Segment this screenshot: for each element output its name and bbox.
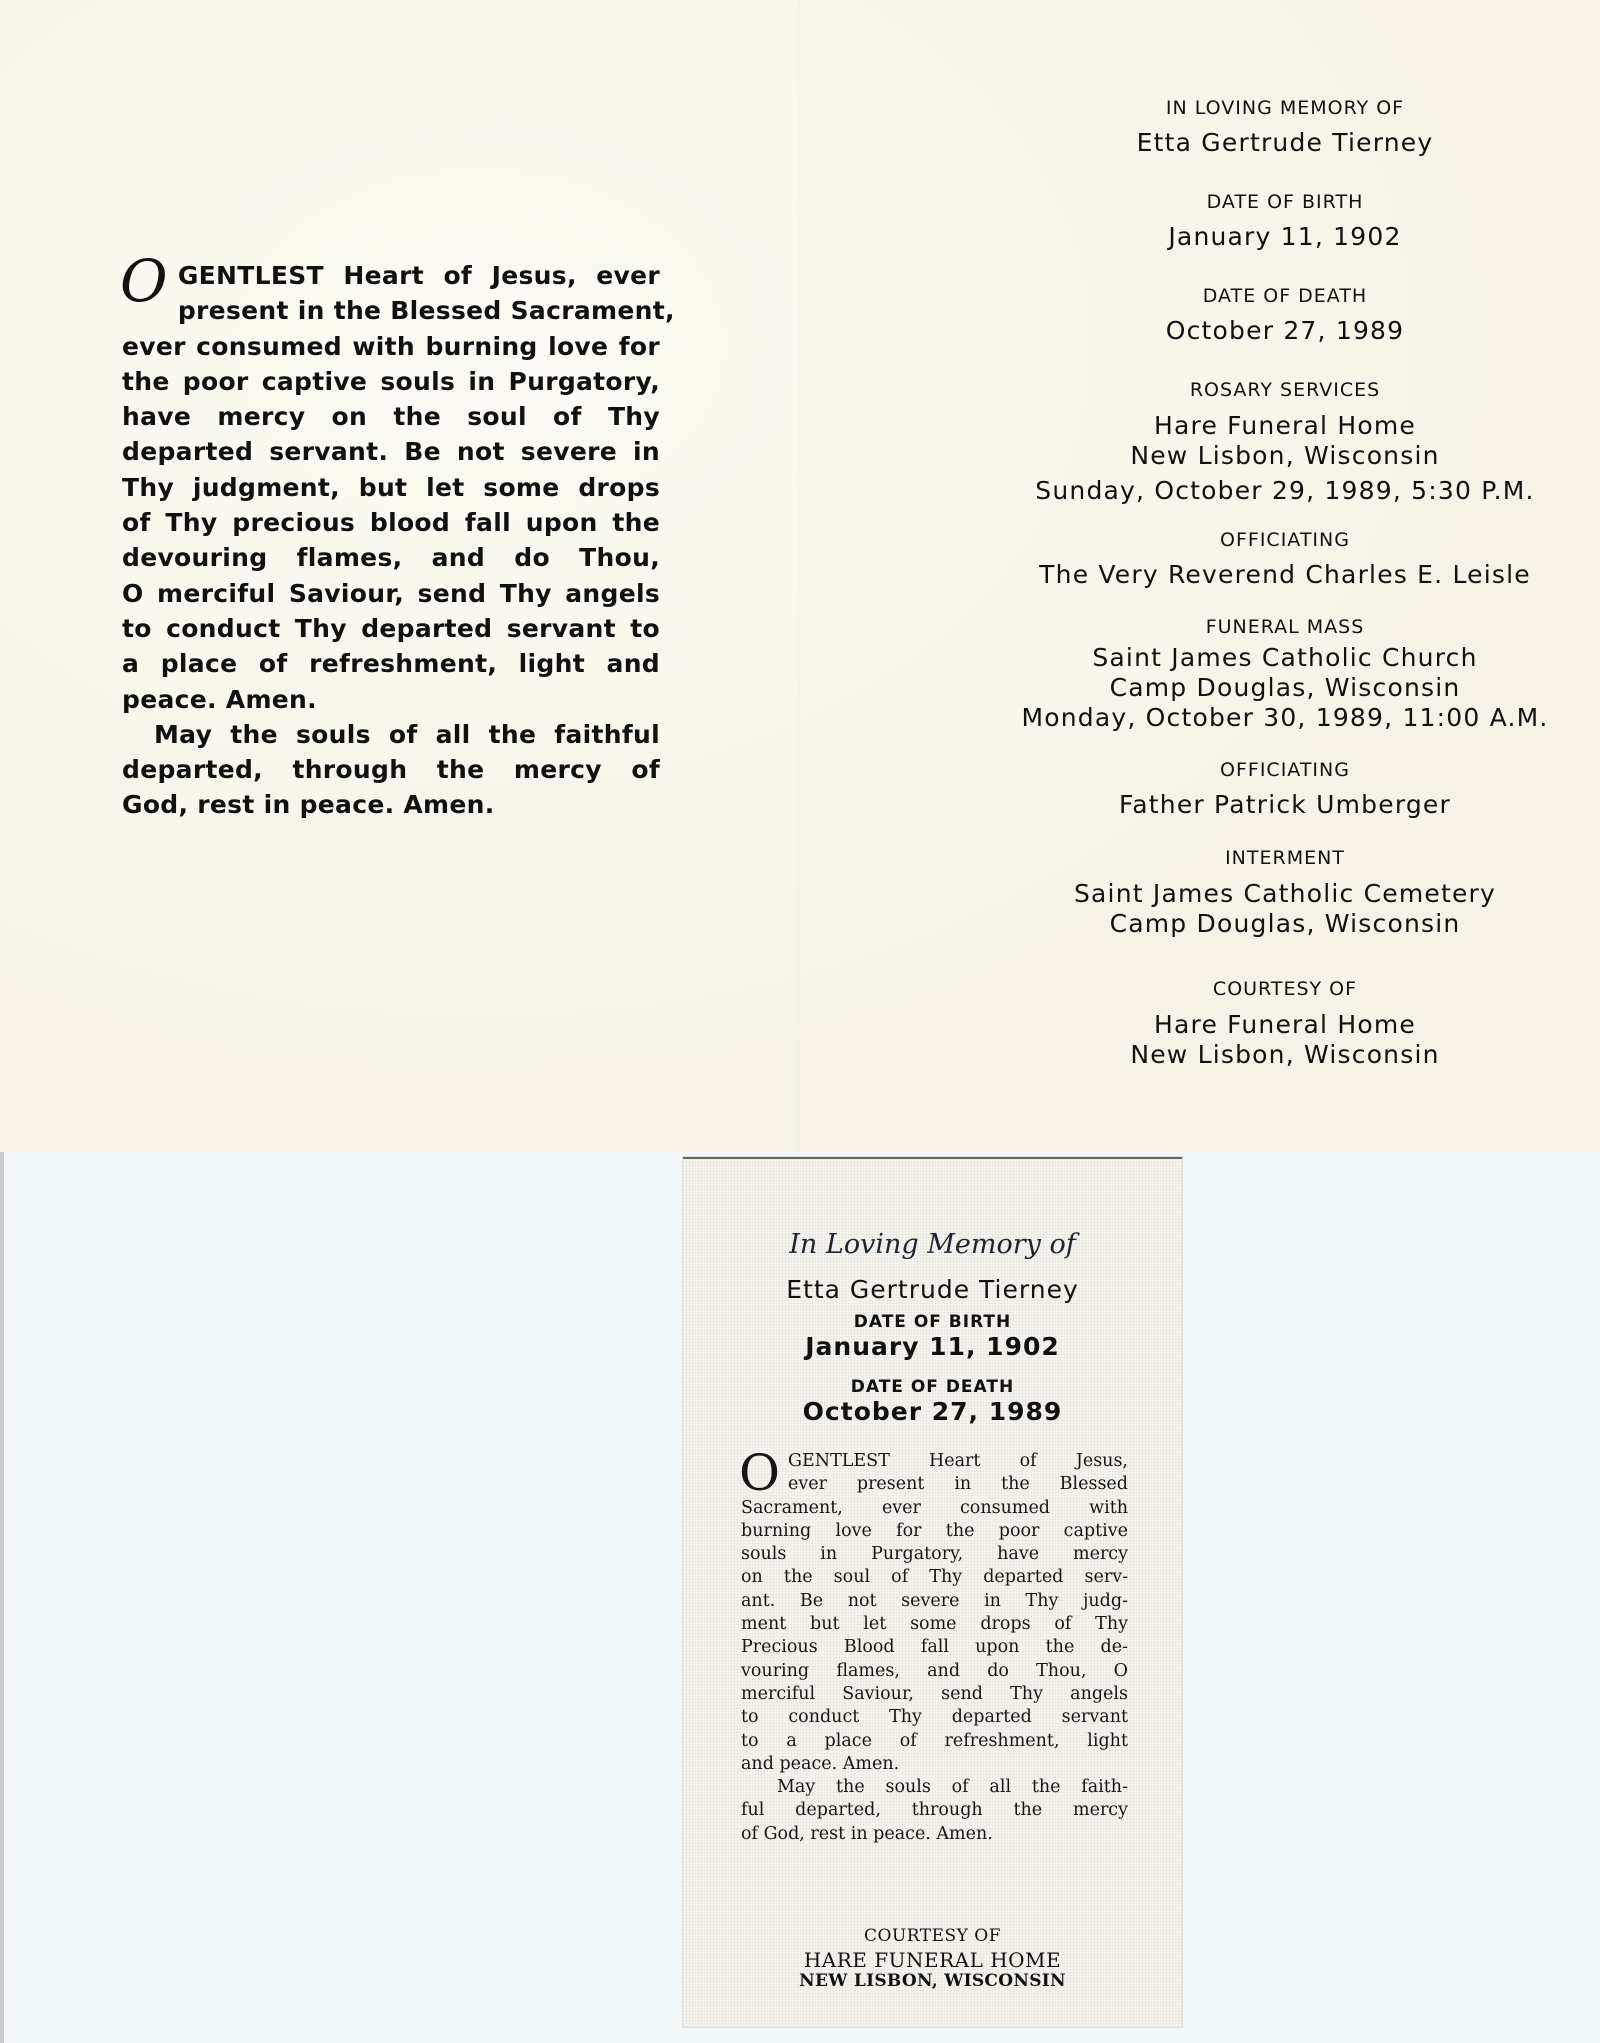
mass-city: Camp Douglas, Wisconsin xyxy=(1000,673,1570,702)
prayer-line: the poor captive souls in Purgatory, xyxy=(122,364,660,399)
card-courtesy-label: COURTESY OF xyxy=(683,1926,1182,1946)
prayer-line: peace. Amen. xyxy=(122,682,660,717)
card-deceased-name: Etta Gertrude Tierney xyxy=(683,1275,1182,1304)
interment-city: Camp Douglas, Wisconsin xyxy=(1000,909,1570,938)
card-title: In Loving Memory of xyxy=(683,1229,1182,1260)
rosary-label: ROSARY SERVICES xyxy=(1000,379,1570,401)
card-birth-date: January 11, 1902 xyxy=(683,1332,1182,1361)
card-prayer-line: vouring flames, and do Thou, O xyxy=(741,1660,1128,1683)
courtesy-city: New Lisbon, Wisconsin xyxy=(1000,1040,1570,1069)
card-death-label: DATE OF DEATH xyxy=(683,1377,1182,1397)
interment-place: Saint James Catholic Cemetery xyxy=(1000,879,1570,908)
birth-label: DATE OF BIRTH xyxy=(1000,191,1570,213)
card-birth-label: DATE OF BIRTH xyxy=(683,1312,1182,1332)
memorial-holy-card: In Loving Memory of Etta Gertrude Tierne… xyxy=(683,1157,1182,2027)
card-prayer-line: GENTLEST Heart of Jesus, xyxy=(741,1450,1128,1473)
card-prayer-line: to a place of refreshment, light xyxy=(741,1730,1128,1753)
mass-time: Monday, October 30, 1989, 11:00 A.M. xyxy=(1000,703,1570,732)
death-label: DATE OF DEATH xyxy=(1000,285,1570,307)
card-prayer-dropcap: O xyxy=(739,1452,780,1494)
fold-crease xyxy=(798,0,800,1152)
card-prayer-line: ment but let some drops of Thy xyxy=(741,1613,1128,1636)
funeral-mass-label: FUNERAL MASS xyxy=(1000,616,1570,638)
birth-date: January 11, 1902 xyxy=(1000,222,1570,251)
card-prayer-line: burning love for the poor captive xyxy=(741,1520,1128,1543)
card-prayer-line: to conduct Thy departed servant xyxy=(741,1706,1128,1729)
prayer-line: O merciful Saviour, send Thy angels xyxy=(122,576,660,611)
card-prayer-line: ever present in the Blessed xyxy=(741,1473,1128,1496)
prayer-closing-line: May the souls of all the faithful xyxy=(122,717,660,752)
card-prayer-line: on the soul of Thy departed serv- xyxy=(741,1566,1128,1589)
card-courtesy-city: NEW LISBON, WISCONSIN xyxy=(683,1971,1182,1991)
card-prayer-closing-line: of God, rest in peace. Amen. xyxy=(741,1823,1128,1846)
prayer-line: of Thy precious blood fall upon the xyxy=(122,505,660,540)
card-prayer-line: ant. Be not severe in Thy judg- xyxy=(741,1590,1128,1613)
prayer-closing-line: God, rest in peace. Amen. xyxy=(122,787,660,822)
officiating-label: OFFICIATING xyxy=(1000,759,1570,781)
rosary-place: Hare Funeral Home xyxy=(1000,411,1570,440)
card-prayer-line: Precious Blood fall upon the de- xyxy=(741,1636,1128,1659)
scanner-edge xyxy=(0,1152,4,2043)
card-prayer-line: and peace. Amen. xyxy=(741,1753,1128,1776)
prayer-line: a place of refreshment, light and xyxy=(122,646,660,681)
card-prayer: O GENTLEST Heart of Jesus, ever present … xyxy=(741,1450,1128,1846)
prayer-line: ever consumed with burning love for xyxy=(122,329,660,364)
prayer-line: Thy judgment, but let some drops xyxy=(122,470,660,505)
rosary-time: Sunday, October 29, 1989, 5:30 P.M. xyxy=(1000,476,1570,505)
prayer-line: GENTLEST Heart of Jesus, ever xyxy=(122,258,660,293)
prayer-closing-line: departed, through the mercy of xyxy=(122,752,660,787)
memorial-heading: IN LOVING MEMORY OF xyxy=(1000,97,1570,119)
prayer-line: present in the Blessed Sacrament, xyxy=(122,293,660,328)
prayer-dropcap: O xyxy=(120,256,168,306)
rosary-officiant: The Very Reverend Charles E. Leisle xyxy=(1000,560,1570,589)
death-date: October 27, 1989 xyxy=(1000,316,1570,345)
folded-memorial-sheet: O GENTLEST Heart of Jesus, ever present … xyxy=(0,0,1600,1152)
card-prayer-line: Sacrament, ever consumed with xyxy=(741,1497,1128,1520)
interment-label: INTERMENT xyxy=(1000,847,1570,869)
prayer-line: devouring flames, and do Thou, xyxy=(122,540,660,575)
card-prayer-closing-line: May the souls of all the faith- xyxy=(741,1776,1128,1799)
card-death-date: October 27, 1989 xyxy=(683,1397,1182,1426)
card-courtesy-name: HARE FUNERAL HOME xyxy=(683,1948,1182,1972)
officiating-label: OFFICIATING xyxy=(1000,529,1570,551)
prayer-left-panel: O GENTLEST Heart of Jesus, ever present … xyxy=(122,258,660,823)
courtesy-name: Hare Funeral Home xyxy=(1000,1010,1570,1039)
deceased-name: Etta Gertrude Tierney xyxy=(1000,128,1570,157)
card-prayer-line: merciful Saviour, send Thy angels xyxy=(741,1683,1128,1706)
rosary-city: New Lisbon, Wisconsin xyxy=(1000,441,1570,470)
card-prayer-closing-line: ful departed, through the mercy xyxy=(741,1799,1128,1822)
mass-place: Saint James Catholic Church xyxy=(1000,643,1570,672)
card-prayer-line: souls in Purgatory, have mercy xyxy=(741,1543,1128,1566)
prayer-line: departed servant. Be not severe in xyxy=(122,434,660,469)
courtesy-label: COURTESY OF xyxy=(1000,978,1570,1000)
mass-officiant: Father Patrick Umberger xyxy=(1000,790,1570,819)
prayer-line: have mercy on the soul of Thy xyxy=(122,399,660,434)
prayer-line: to conduct Thy departed servant to xyxy=(122,611,660,646)
